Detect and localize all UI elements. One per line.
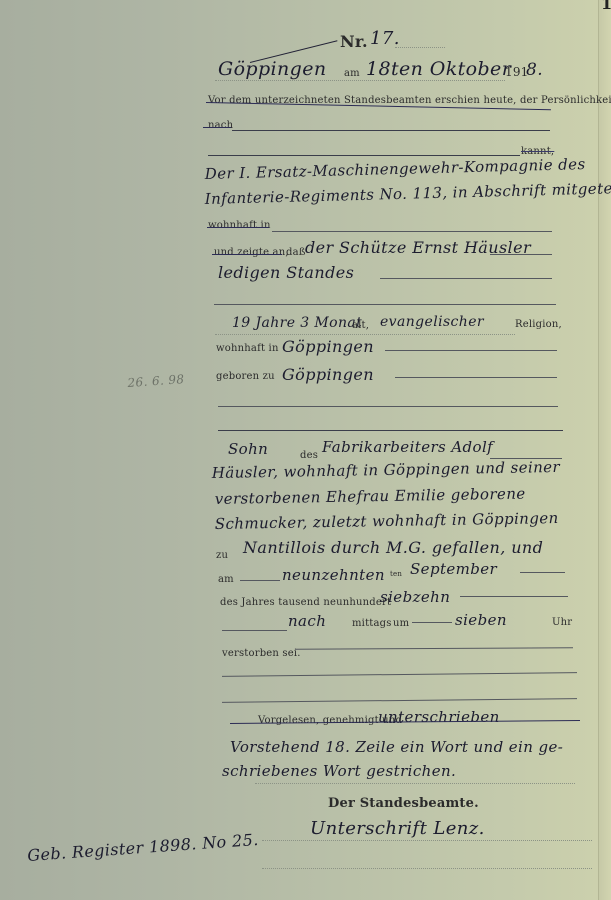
registry-place: Göppingen (218, 58, 327, 80)
preamble-line1: Vor dem unterzeichneten Standesbeamten e… (208, 95, 611, 106)
death-hour: sieben (455, 611, 507, 629)
death-place: Nantillois durch M.G. gefallen, und (243, 538, 543, 557)
closing-note-line2: schriebenes Wort gestrichen. (222, 762, 456, 780)
closing-note-line1: Vorstehend 18. Zeile ein Wort und ein ge… (230, 738, 563, 756)
dass-label: daß (286, 247, 306, 258)
mittags-label: mittags (352, 618, 392, 629)
closing-struck-hand: unterschrieben (378, 708, 500, 726)
rule-part-of-day (222, 630, 287, 631)
number-label: Nr. (340, 32, 368, 51)
wohnhaft-strike (207, 227, 269, 228)
parents-line3: verstorbenen Ehefrau Emilie geborene (215, 485, 526, 508)
deceased-line2: ledigen Standes (218, 263, 354, 282)
margin-pencil-date: 26. 6. 98 (127, 372, 185, 390)
rule-kannt (208, 155, 520, 156)
header-dotline (215, 80, 505, 81)
margin-birth-register-ref: Geb. Register 1898. No 25. (27, 830, 260, 865)
signature-dotline-1 (262, 840, 592, 841)
death-ten-label: ten (390, 570, 402, 578)
parents-line4: Schmucker, zuletzt wohnhaft in Göppingen (215, 509, 559, 533)
parents-des-label: des (300, 450, 318, 461)
residence-label: wohnhaft in (216, 343, 279, 354)
deceased-residence: Göppingen (282, 337, 374, 356)
year-prefix: 191 (505, 65, 529, 79)
signature-dotline-2 (262, 868, 592, 869)
zeigte-an-strike (212, 254, 282, 255)
closing-dotline (255, 783, 575, 784)
parents-line1: Fabrikarbeiters Adolf (322, 438, 493, 456)
rule-separator-4 (222, 672, 577, 677)
rule-separator-2 (218, 406, 558, 407)
uhr-label: Uhr (552, 617, 572, 628)
record-number: 17. (370, 28, 400, 49)
date-label: am (344, 68, 360, 79)
birthplace-label: geboren zu (216, 371, 275, 382)
rule-verstorben (295, 647, 573, 649)
death-day: neunzehnten (282, 566, 385, 584)
rule-separator-3 (218, 430, 563, 431)
religion-label: Religion, (515, 319, 562, 330)
rule-deceased-2 (380, 278, 552, 279)
year-suffix: 8. (526, 60, 543, 80)
death-year: siebzehn (380, 588, 450, 606)
official-title: Der Standesbeamte. (328, 796, 479, 811)
death-month: September (410, 560, 497, 578)
parents-sohn: Sohn (228, 440, 268, 458)
registry-date: 18ten Oktober (366, 58, 511, 80)
rule-nach (232, 130, 550, 131)
rule-um (412, 622, 452, 623)
rule-separator-1 (214, 304, 556, 305)
deceased-age: 19 Jahre 3 Monat (232, 315, 362, 331)
rule-deceased-1 (490, 254, 552, 255)
informant-line1: Der I. Ersatz-Maschinengewehr-Kompagnie … (205, 155, 586, 183)
preamble-strike-2 (203, 127, 231, 128)
rule-residence (385, 350, 557, 351)
preamble-line2: nach (208, 120, 233, 131)
rule-month (520, 572, 565, 573)
parents-line2: Häusler, wohnhaft in Göppingen und seine… (212, 458, 561, 482)
age-dotline (215, 334, 515, 335)
page-number-fragment: 1 (601, 0, 611, 13)
rule-birthplace (395, 377, 557, 378)
alt-label: alt, (352, 320, 369, 331)
deceased-religion: evangelischer (380, 314, 484, 330)
um-label: um (393, 618, 409, 629)
informant-wohnhaft-label: wohnhaft in (208, 220, 271, 231)
number-dotline (395, 47, 445, 48)
informant-line2: Infanterie-Regiments No. 113, in Abschri… (205, 179, 611, 208)
deceased-birthplace: Göppingen (282, 365, 374, 384)
rule-wohnhaft (272, 231, 552, 232)
rule-am (240, 580, 280, 581)
zeigte-an-label: und zeigte an, (214, 247, 289, 258)
death-part-of-day: nach (288, 612, 326, 630)
official-signature: Unterschrift Lenz. (310, 818, 485, 839)
death-year-label: des Jahres tausend neunhundert (220, 597, 391, 608)
verstorben-label: verstorben sei. (222, 648, 301, 659)
death-place-label: zu (216, 550, 228, 561)
death-am-label: am (218, 574, 234, 585)
adjacent-page-edge: 1 (598, 0, 611, 900)
rule-separator-5 (222, 698, 577, 703)
rule-year (460, 596, 568, 597)
